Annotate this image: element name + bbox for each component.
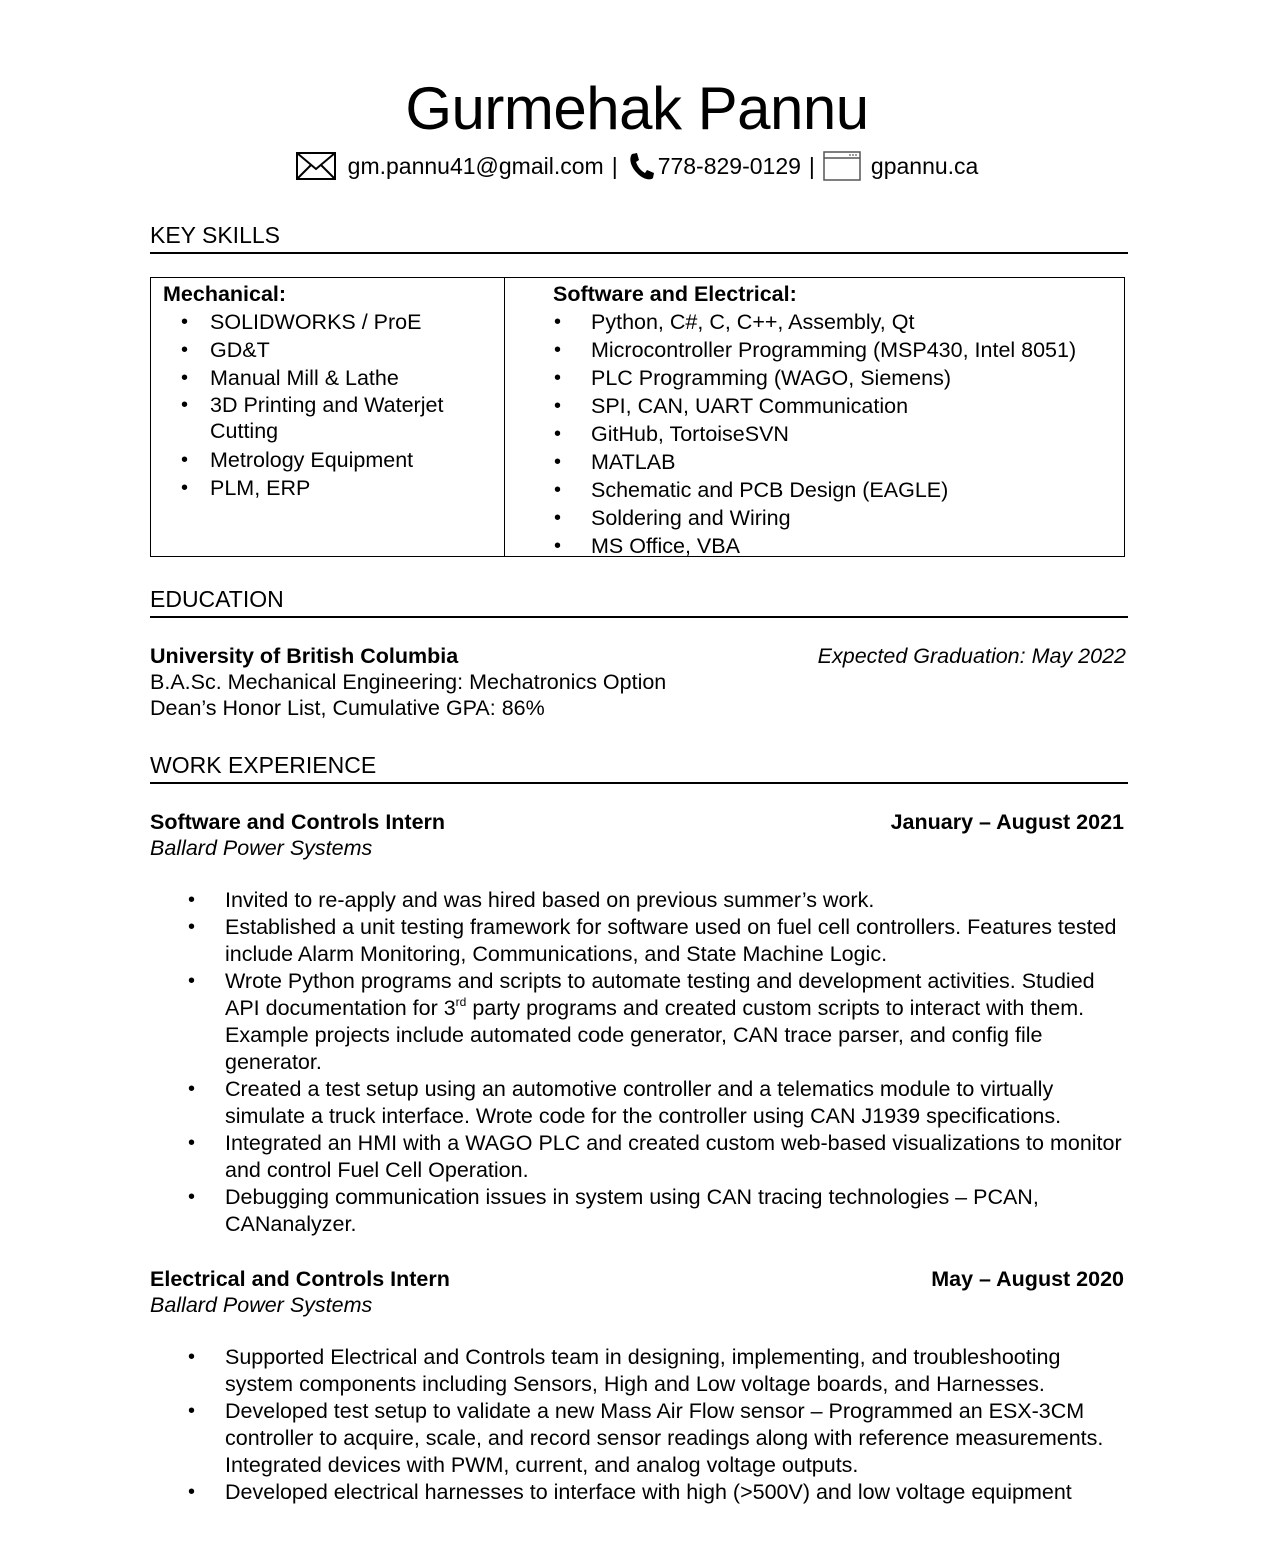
section-heading-work-experience: WORK EXPERIENCE bbox=[150, 750, 1128, 784]
job-dates: May – August 2020 bbox=[931, 1266, 1124, 1292]
skill-item: Microcontroller Programming (MSP430, Int… bbox=[553, 336, 1124, 364]
job-bullet: Developed test setup to validate a new M… bbox=[150, 1398, 1124, 1479]
skill-item: PLC Programming (WAGO, Siemens) bbox=[553, 364, 1124, 392]
skill-item: MATLAB bbox=[553, 448, 1124, 476]
skill-item: 3D Printing and Waterjet Cutting bbox=[163, 392, 504, 446]
degree: B.A.Sc. Mechanical Engineering: Mechatro… bbox=[150, 669, 1126, 695]
skill-item: Manual Mill & Lathe bbox=[163, 364, 504, 392]
job-title: Software and Controls Intern bbox=[150, 809, 445, 835]
ordinal-suffix: rd bbox=[456, 995, 467, 1009]
graduation-date: Expected Graduation: May 2022 bbox=[818, 643, 1126, 669]
skill-item: Soldering and Wiring bbox=[553, 504, 1124, 532]
skills-list-mechanical: SOLIDWORKS / ProE GD&T Manual Mill & Lat… bbox=[163, 308, 504, 502]
company-name: Ballard Power Systems bbox=[150, 835, 1124, 861]
separator: | bbox=[612, 150, 618, 182]
phone-icon bbox=[626, 151, 656, 181]
skill-item: GitHub, TortoiseSVN bbox=[553, 420, 1124, 448]
skill-item: PLM, ERP bbox=[163, 474, 504, 502]
job-bullets: Invited to re-apply and was hired based … bbox=[150, 887, 1124, 1238]
skills-column-title: Mechanical: bbox=[163, 280, 504, 308]
section-heading-education: EDUCATION bbox=[150, 584, 1128, 618]
company-name: Ballard Power Systems bbox=[150, 1292, 1124, 1318]
section-heading-key-skills: KEY SKILLS bbox=[150, 220, 1128, 254]
job-dates: January – August 2021 bbox=[891, 809, 1124, 835]
skills-list-software: Python, C#, C, C++, Assembly, Qt Microco… bbox=[553, 308, 1124, 560]
education-entry: University of British Columbia Expected … bbox=[150, 643, 1126, 721]
skill-item: SPI, CAN, UART Communication bbox=[553, 392, 1124, 420]
skill-item: MS Office, VBA bbox=[553, 532, 1124, 560]
job-bullet: Wrote Python programs and scripts to aut… bbox=[150, 968, 1124, 1076]
honors: Dean’s Honor List, Cumulative GPA: 86% bbox=[150, 695, 1126, 721]
job-bullet: Created a test setup using an automotive… bbox=[150, 1076, 1124, 1130]
separator: | bbox=[809, 150, 815, 182]
envelope-icon bbox=[296, 152, 336, 180]
job-bullet: Integrated an HMI with a WAGO PLC and cr… bbox=[150, 1130, 1124, 1184]
skill-item: GD&T bbox=[163, 336, 504, 364]
job-bullet: Established a unit testing framework for… bbox=[150, 914, 1124, 968]
email-link[interactable]: gm.pannu41@gmail.com bbox=[348, 150, 604, 182]
browser-window-icon bbox=[823, 151, 861, 181]
job-bullet: Supported Electrical and Controls team i… bbox=[150, 1344, 1124, 1398]
phone-number[interactable]: 778-829-0129 bbox=[658, 150, 801, 182]
job-entry: Electrical and Controls Intern May – Aug… bbox=[150, 1266, 1124, 1506]
candidate-name: Gurmehak Pannu bbox=[0, 74, 1274, 144]
skill-item: Python, C#, C, C++, Assembly, Qt bbox=[553, 308, 1124, 336]
school-name: University of British Columbia bbox=[150, 643, 458, 669]
skills-column-software: Software and Electrical: Python, C#, C, … bbox=[505, 278, 1124, 556]
job-bullets: Supported Electrical and Controls team i… bbox=[150, 1344, 1124, 1506]
job-bullet: Invited to re-apply and was hired based … bbox=[150, 887, 1124, 914]
job-bullet: Debugging communication issues in system… bbox=[150, 1184, 1124, 1238]
skills-column-title: Software and Electrical: bbox=[553, 280, 1124, 308]
job-bullet: Developed electrical harnesses to interf… bbox=[150, 1479, 1124, 1506]
skills-table: Mechanical: SOLIDWORKS / ProE GD&T Manua… bbox=[150, 277, 1125, 557]
job-title: Electrical and Controls Intern bbox=[150, 1266, 450, 1292]
website-link[interactable]: gpannu.ca bbox=[871, 150, 978, 182]
job-entry: Software and Controls Intern January – A… bbox=[150, 809, 1124, 1238]
contact-line: gm.pannu41@gmail.com | 778-829-0129 | gp… bbox=[0, 150, 1274, 182]
skills-column-mechanical: Mechanical: SOLIDWORKS / ProE GD&T Manua… bbox=[151, 278, 505, 556]
skill-item: Schematic and PCB Design (EAGLE) bbox=[553, 476, 1124, 504]
skill-item: Metrology Equipment bbox=[163, 446, 504, 474]
skill-item: SOLIDWORKS / ProE bbox=[163, 308, 504, 336]
